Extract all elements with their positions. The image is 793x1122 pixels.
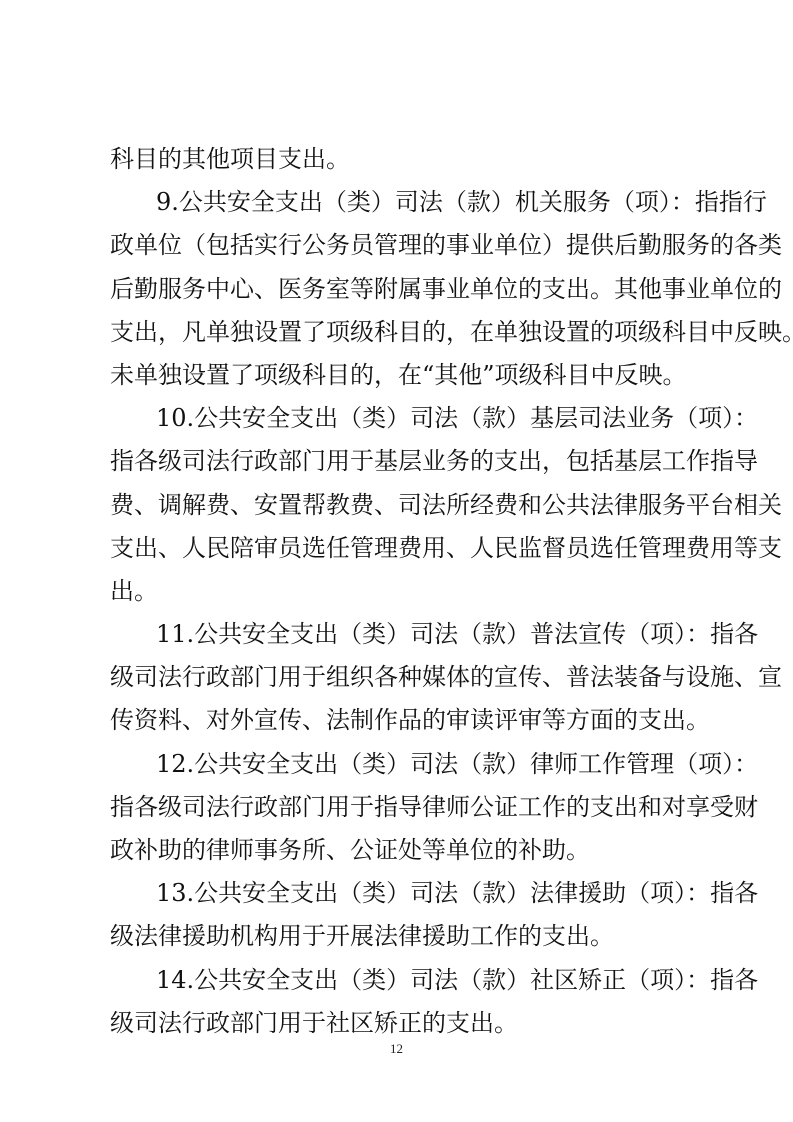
text-line: 支出、人民陪审员选任管理费用、人民监督员选任管理费用等支: [110, 527, 690, 570]
text-line: 12.公共安全支出（类）司法（款）律师工作管理（项）：: [110, 743, 690, 786]
text-line: 13.公共安全支出（类）司法（款）法律援助（项）：指各: [110, 872, 690, 915]
text-line: 出。: [110, 570, 690, 613]
text-line: 后勤服务中心、医务室等附属事业单位的支出。其他事业单位的: [110, 268, 690, 311]
text-line: 指各级司法行政部门用于指导律师公证工作的支出和对享受财: [110, 786, 690, 829]
text-line: 未单独设置了项级科目的，在“其他”项级科目中反映。: [110, 354, 690, 397]
text-line: 支出，凡单独设置了项级科目的，在单独设置的项级科目中反映。: [110, 311, 690, 354]
text-line: 政补助的律师事务所、公证处等单位的补助。: [110, 829, 690, 872]
text-line: 级法律援助机构用于开展法律援助工作的支出。: [110, 915, 690, 958]
text-line: 级司法行政部门用于社区矫正的支出。: [110, 1002, 690, 1045]
text-line: 级司法行政部门用于组织各种媒体的宣传、普法装备与设施、宣: [110, 656, 690, 699]
text-line: 10.公共安全支出（类）司法（款）基层司法业务（项）：: [110, 397, 690, 440]
text-line: 14.公共安全支出（类）司法（款）社区矫正（项）：指各: [110, 959, 690, 1002]
text-line: 11.公共安全支出（类）司法（款）普法宣传（项）：指各: [110, 613, 690, 656]
text-line: 费、调解费、安置帮教费、司法所经费和公共法律服务平台相关: [110, 484, 690, 527]
body-text: 科目的其他项目支出。 9.公共安全支出（类）司法（款）机关服务（项）：指指行 政…: [110, 138, 690, 1045]
text-line: 政单位（包括实行公务员管理的事业单位）提供后勤服务的各类: [110, 224, 690, 267]
page-number: 12: [0, 1041, 793, 1057]
text-line: 科目的其他项目支出。: [110, 138, 690, 181]
text-line: 指各级司法行政部门用于基层业务的支出，包括基层工作指导: [110, 440, 690, 483]
document-page: 科目的其他项目支出。 9.公共安全支出（类）司法（款）机关服务（项）：指指行 政…: [0, 0, 793, 1122]
text-line: 9.公共安全支出（类）司法（款）机关服务（项）：指指行: [110, 181, 690, 224]
text-line: 传资料、对外宣传、法制作品的审读评审等方面的支出。: [110, 699, 690, 742]
